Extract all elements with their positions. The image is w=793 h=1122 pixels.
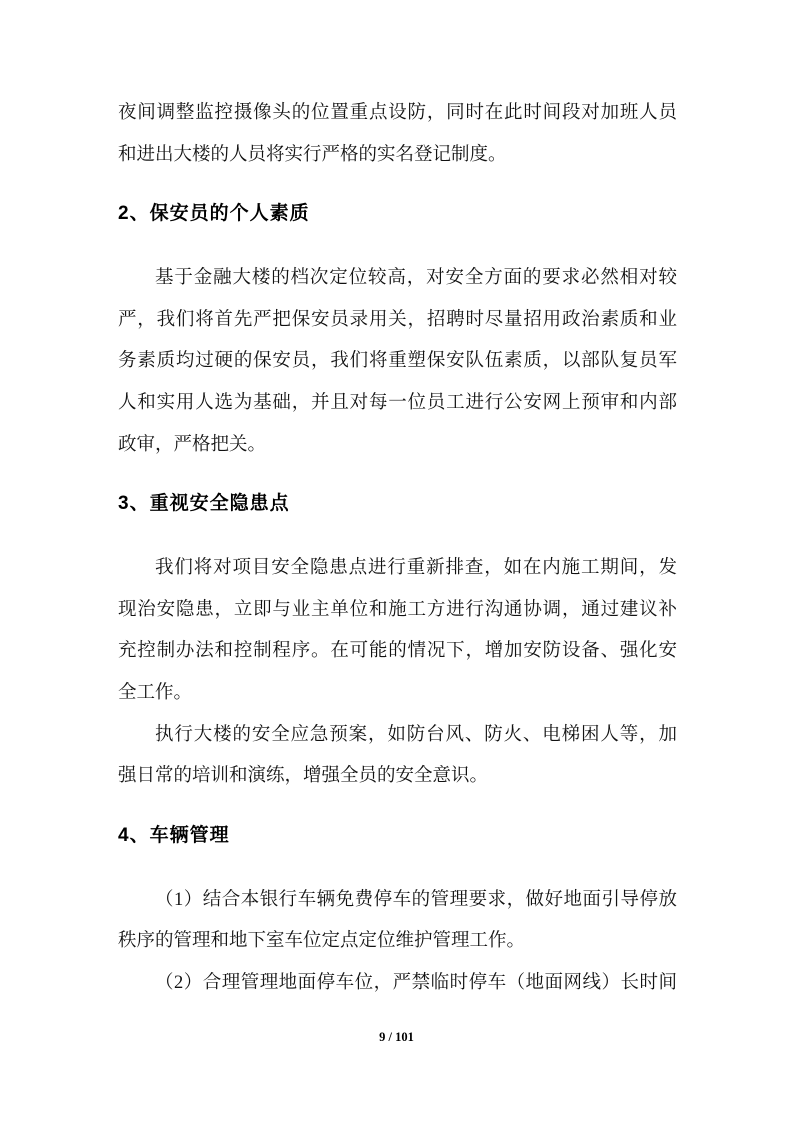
section-heading: 4、车辆管理	[118, 823, 677, 849]
paragraph: 基于金融大楼的档次定位较高，对安全方面的要求必然相对较严，我们将首先严把保安员录…	[118, 258, 677, 466]
paragraph: （1）结合本银行车辆免费停车的管理要求，做好地面引导停放秩序的管理和地下室车位定…	[118, 880, 677, 963]
section-heading: 3、重视安全隐患点	[118, 491, 677, 517]
paragraph-line: 秩序的管理和地下室车位定点定位维护管理工作。	[118, 921, 677, 963]
paragraph-line: 务素质均过硬的保安员，我们将重塑保安队伍素质，以部队复员军	[118, 341, 677, 383]
paragraph-line: 夜间调整监控摄像头的位置重点设防，同时在此时间段对加班人员	[118, 93, 677, 135]
paragraph-line: 执行大楼的安全应急预案，如防台风、防火、电梯困人等，加	[118, 715, 677, 757]
paragraph: 我们将对项目安全隐患点进行重新排查，如在内施工期间，发现治安隐患，立即与业主单位…	[118, 548, 677, 714]
page-number: 9 / 101	[0, 1029, 793, 1045]
paragraph: （2）合理管理地面停车位，严禁临时停车（地面网线）长时间	[118, 963, 677, 1005]
paragraph: 夜间调整监控摄像头的位置重点设防，同时在此时间段对加班人员和进出大楼的人员将实行…	[118, 93, 677, 176]
paragraph-line: 强日常的培训和演练，增强全员的安全意识。	[118, 756, 677, 798]
paragraph-line: 政审，严格把关。	[118, 425, 677, 467]
document-page: 夜间调整监控摄像头的位置重点设防，同时在此时间段对加班人员和进出大楼的人员将实行…	[0, 0, 793, 1122]
paragraph-line: 现治安隐患，立即与业主单位和施工方进行沟通协调，通过建议补	[118, 590, 677, 632]
paragraph-line: 全工作。	[118, 673, 677, 715]
paragraph-line: 严，我们将首先严把保安员录用关，招聘时尽量招用政治素质和业	[118, 300, 677, 342]
paragraph-line: （2）合理管理地面停车位，严禁临时停车（地面网线）长时间	[118, 963, 677, 1005]
paragraph-line: 基于金融大楼的档次定位较高，对安全方面的要求必然相对较	[118, 258, 677, 300]
section-heading: 2、保安员的个人素质	[118, 201, 677, 227]
paragraph-line: 和进出大楼的人员将实行严格的实名登记制度。	[118, 135, 677, 177]
document-content: 夜间调整监控摄像头的位置重点设防，同时在此时间段对加班人员和进出大楼的人员将实行…	[0, 0, 793, 1005]
paragraph-line: 充控制办法和控制程序。在可能的情况下，增加安防设备、强化安	[118, 631, 677, 673]
paragraph-line: 我们将对项目安全隐患点进行重新排查，如在内施工期间，发	[118, 548, 677, 590]
paragraph: 执行大楼的安全应急预案，如防台风、防火、电梯困人等，加强日常的培训和演练，增强全…	[118, 715, 677, 798]
paragraph-line: 人和实用人选为基础，并且对每一位员工进行公安网上预审和内部	[118, 383, 677, 425]
paragraph-line: （1）结合本银行车辆免费停车的管理要求，做好地面引导停放	[118, 880, 677, 922]
